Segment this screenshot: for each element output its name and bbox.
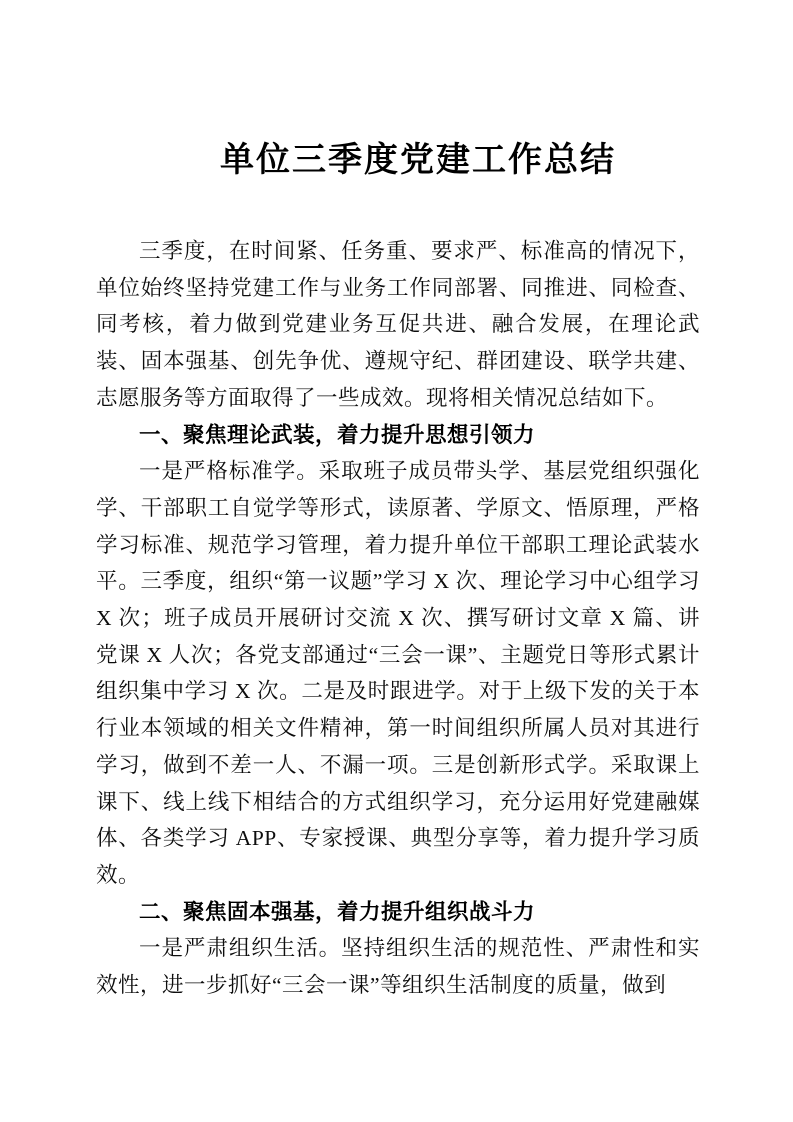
section-heading-2: 二、聚焦固本强基，着力提升组织战斗力 (96, 894, 700, 931)
document-body: 三季度，在时间紧、任务重、要求严、标准高的情况下，单位始终坚持党建工作与业务工作… (96, 233, 700, 1004)
intro-paragraph: 三季度，在时间紧、任务重、要求严、标准高的情况下，单位始终坚持党建工作与业务工作… (96, 233, 700, 417)
document-title: 单位三季度党建工作总结 (96, 140, 700, 182)
document-page: 单位三季度党建工作总结 三季度，在时间紧、任务重、要求严、标准高的情况下，单位始… (0, 0, 793, 1122)
section-2-paragraph: 一是严肃组织生活。坚持组织生活的规范性、严肃性和实效性，进一步抓好“三会一课”等… (96, 930, 700, 1003)
section-heading-1: 一、聚焦理论武装，着力提升思想引领力 (96, 417, 700, 454)
section-1-paragraph: 一是严格标准学。采取班子成员带头学、基层党组织强化学、干部职工自觉学等形式，读原… (96, 453, 700, 893)
